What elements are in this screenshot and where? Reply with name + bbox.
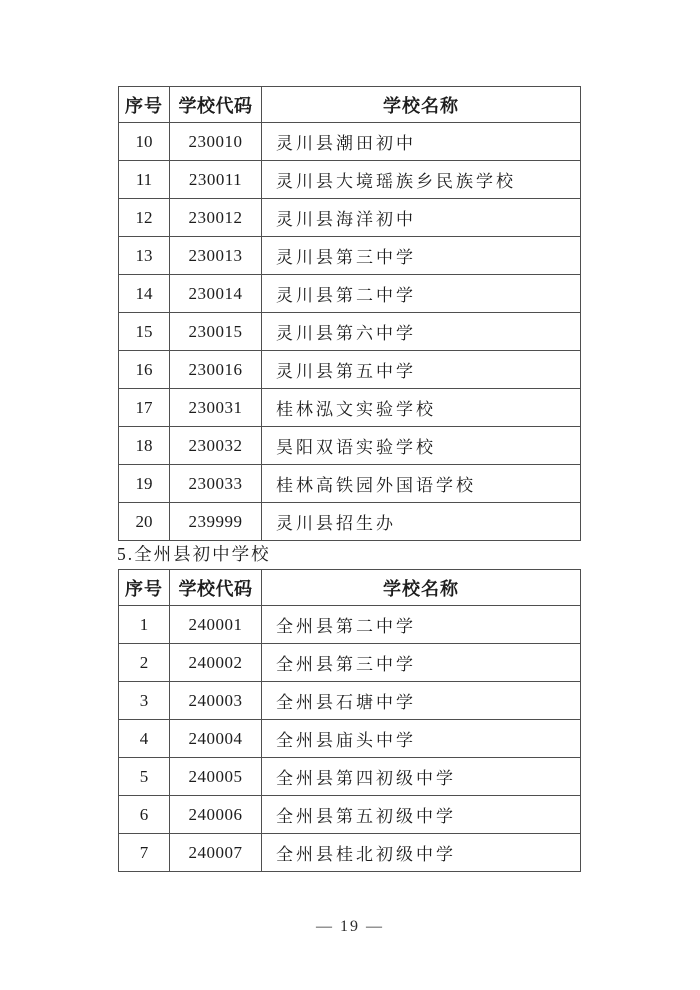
cell-serial-number: 20 bbox=[119, 503, 170, 541]
cell-school-code: 230031 bbox=[170, 389, 262, 427]
column-header-school-name: 学校名称 bbox=[262, 87, 581, 123]
cell-serial-number: 18 bbox=[119, 427, 170, 465]
column-header-school-code: 学校代码 bbox=[170, 87, 262, 123]
cell-school-code: 230010 bbox=[170, 123, 262, 161]
cell-school-name: 灵川县第二中学 bbox=[262, 275, 581, 313]
cell-school-name: 灵川县海洋初中 bbox=[262, 199, 581, 237]
cell-serial-number: 6 bbox=[119, 796, 170, 834]
cell-school-name: 桂林高铁园外国语学校 bbox=[262, 465, 581, 503]
cell-serial-number: 17 bbox=[119, 389, 170, 427]
cell-serial-number: 1 bbox=[119, 606, 170, 644]
table-row: 15230015灵川县第六中学 bbox=[119, 313, 581, 351]
column-header-school-name: 学校名称 bbox=[262, 570, 581, 606]
cell-school-name: 全州县第二中学 bbox=[262, 606, 581, 644]
cell-school-code: 240005 bbox=[170, 758, 262, 796]
cell-school-code: 230032 bbox=[170, 427, 262, 465]
cell-school-code: 230011 bbox=[170, 161, 262, 199]
cell-school-code: 230033 bbox=[170, 465, 262, 503]
table-row: 16230016灵川县第五中学 bbox=[119, 351, 581, 389]
section-heading-quanzhou-junior-high: 5.全州县初中学校 bbox=[117, 541, 271, 566]
table-row: 1240001全州县第二中学 bbox=[119, 606, 581, 644]
table-row: 18230032昊阳双语实验学校 bbox=[119, 427, 581, 465]
cell-serial-number: 14 bbox=[119, 275, 170, 313]
school-table-quanzhou: 序号学校代码学校名称1240001全州县第二中学2240002全州县第三中学32… bbox=[118, 569, 581, 872]
school-table-lingchuan-continued: 序号学校代码学校名称10230010灵川县潮田初中11230011灵川县大境瑶族… bbox=[118, 86, 581, 541]
cell-serial-number: 19 bbox=[119, 465, 170, 503]
table-row: 5240005全州县第四初级中学 bbox=[119, 758, 581, 796]
cell-school-code: 240006 bbox=[170, 796, 262, 834]
cell-school-name: 全州县第五初级中学 bbox=[262, 796, 581, 834]
table-row: 6240006全州县第五初级中学 bbox=[119, 796, 581, 834]
cell-school-name: 灵川县第三中学 bbox=[262, 237, 581, 275]
cell-school-name: 灵川县潮田初中 bbox=[262, 123, 581, 161]
cell-school-code: 240003 bbox=[170, 682, 262, 720]
cell-school-code: 240004 bbox=[170, 720, 262, 758]
cell-serial-number: 15 bbox=[119, 313, 170, 351]
cell-school-code: 230015 bbox=[170, 313, 262, 351]
cell-serial-number: 16 bbox=[119, 351, 170, 389]
table-row: 12230012灵川县海洋初中 bbox=[119, 199, 581, 237]
cell-school-name: 全州县石塘中学 bbox=[262, 682, 581, 720]
cell-serial-number: 2 bbox=[119, 644, 170, 682]
cell-school-name: 昊阳双语实验学校 bbox=[262, 427, 581, 465]
cell-school-code: 230014 bbox=[170, 275, 262, 313]
table-row: 11230011灵川县大境瑶族乡民族学校 bbox=[119, 161, 581, 199]
table-row: 10230010灵川县潮田初中 bbox=[119, 123, 581, 161]
cell-school-name: 全州县第三中学 bbox=[262, 644, 581, 682]
cell-serial-number: 4 bbox=[119, 720, 170, 758]
table-row: 4240004全州县庙头中学 bbox=[119, 720, 581, 758]
cell-school-name: 桂林泓文实验学校 bbox=[262, 389, 581, 427]
table-row: 20239999灵川县招生办 bbox=[119, 503, 581, 541]
table-header-row: 序号学校代码学校名称 bbox=[119, 87, 581, 123]
table-row: 14230014灵川县第二中学 bbox=[119, 275, 581, 313]
cell-school-code: 230012 bbox=[170, 199, 262, 237]
column-header-serial-number: 序号 bbox=[119, 87, 170, 123]
cell-serial-number: 12 bbox=[119, 199, 170, 237]
cell-school-name: 灵川县招生办 bbox=[262, 503, 581, 541]
table-row: 19230033桂林高铁园外国语学校 bbox=[119, 465, 581, 503]
cell-school-name: 灵川县第五中学 bbox=[262, 351, 581, 389]
cell-school-code: 230016 bbox=[170, 351, 262, 389]
cell-school-name: 灵川县第六中学 bbox=[262, 313, 581, 351]
cell-school-code: 240001 bbox=[170, 606, 262, 644]
column-header-serial-number: 序号 bbox=[119, 570, 170, 606]
table-header-row: 序号学校代码学校名称 bbox=[119, 570, 581, 606]
cell-serial-number: 11 bbox=[119, 161, 170, 199]
cell-school-code: 230013 bbox=[170, 237, 262, 275]
table-row: 3240003全州县石塘中学 bbox=[119, 682, 581, 720]
cell-serial-number: 13 bbox=[119, 237, 170, 275]
cell-school-code: 239999 bbox=[170, 503, 262, 541]
page-number: — 19 — bbox=[0, 918, 700, 936]
cell-school-name: 全州县第四初级中学 bbox=[262, 758, 581, 796]
column-header-school-code: 学校代码 bbox=[170, 570, 262, 606]
cell-school-name: 全州县庙头中学 bbox=[262, 720, 581, 758]
cell-serial-number: 7 bbox=[119, 834, 170, 872]
cell-school-code: 240002 bbox=[170, 644, 262, 682]
cell-school-code: 240007 bbox=[170, 834, 262, 872]
table-row: 17230031桂林泓文实验学校 bbox=[119, 389, 581, 427]
table-row: 2240002全州县第三中学 bbox=[119, 644, 581, 682]
document-page: 序号学校代码学校名称10230010灵川县潮田初中11230011灵川县大境瑶族… bbox=[0, 0, 700, 990]
cell-serial-number: 3 bbox=[119, 682, 170, 720]
cell-serial-number: 10 bbox=[119, 123, 170, 161]
table-row: 7240007全州县桂北初级中学 bbox=[119, 834, 581, 872]
cell-serial-number: 5 bbox=[119, 758, 170, 796]
table-row: 13230013灵川县第三中学 bbox=[119, 237, 581, 275]
cell-school-name: 灵川县大境瑶族乡民族学校 bbox=[262, 161, 581, 199]
cell-school-name: 全州县桂北初级中学 bbox=[262, 834, 581, 872]
